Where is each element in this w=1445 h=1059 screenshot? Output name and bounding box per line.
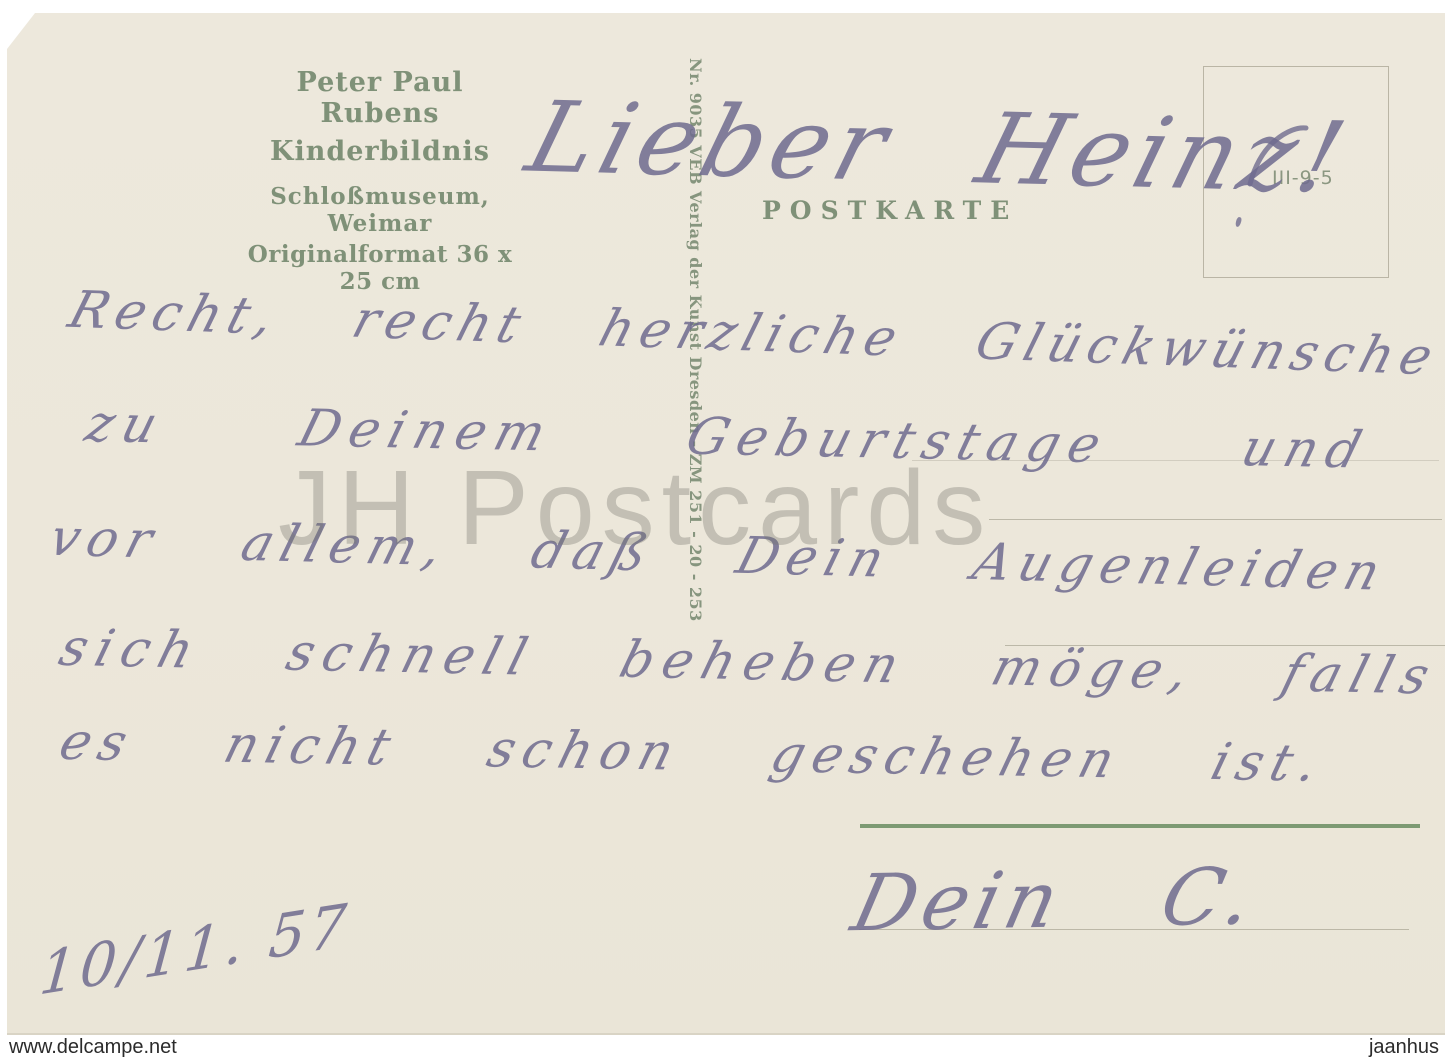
artwork-caption: Peter Paul Rubens Kinderbildnis Schloßmu… [235,67,525,295]
artist-name: Peter Paul Rubens [235,67,525,129]
handwritten-signature: Dein C. [844,852,1267,949]
delcampe-watermark: www.delcampe.net [9,1036,177,1059]
bottom-strip: www.delcampe.net jaanhus [0,1035,1445,1059]
jh-postcards-watermark: JH Postcards [278,448,992,569]
green-separator-rule [860,824,1420,828]
address-rule [989,519,1442,520]
handwritten-salutation: Lieber Heinz! [516,81,1362,216]
artwork-title: Kinderbildnis [235,136,525,167]
handwritten-date: 10/11. 57 [37,890,353,1009]
postcard-scan: Peter Paul Rubens Kinderbildnis Schloßmu… [0,0,1445,1059]
pencil-dot-mark [1235,217,1242,228]
handwritten-line: es nicht schon geschehen ist. [53,713,1332,794]
museum-name: Schloßmuseum, Weimar [235,183,525,237]
handwritten-line: sich schnell beheben möge, falls [53,619,1444,706]
original-format: Originalformat 36 x 25 cm [235,241,525,295]
handwritten-line: Recht, recht herzliche Glückwünsche [62,281,1445,387]
jaanhus-watermark: jaanhus [1369,1036,1439,1059]
